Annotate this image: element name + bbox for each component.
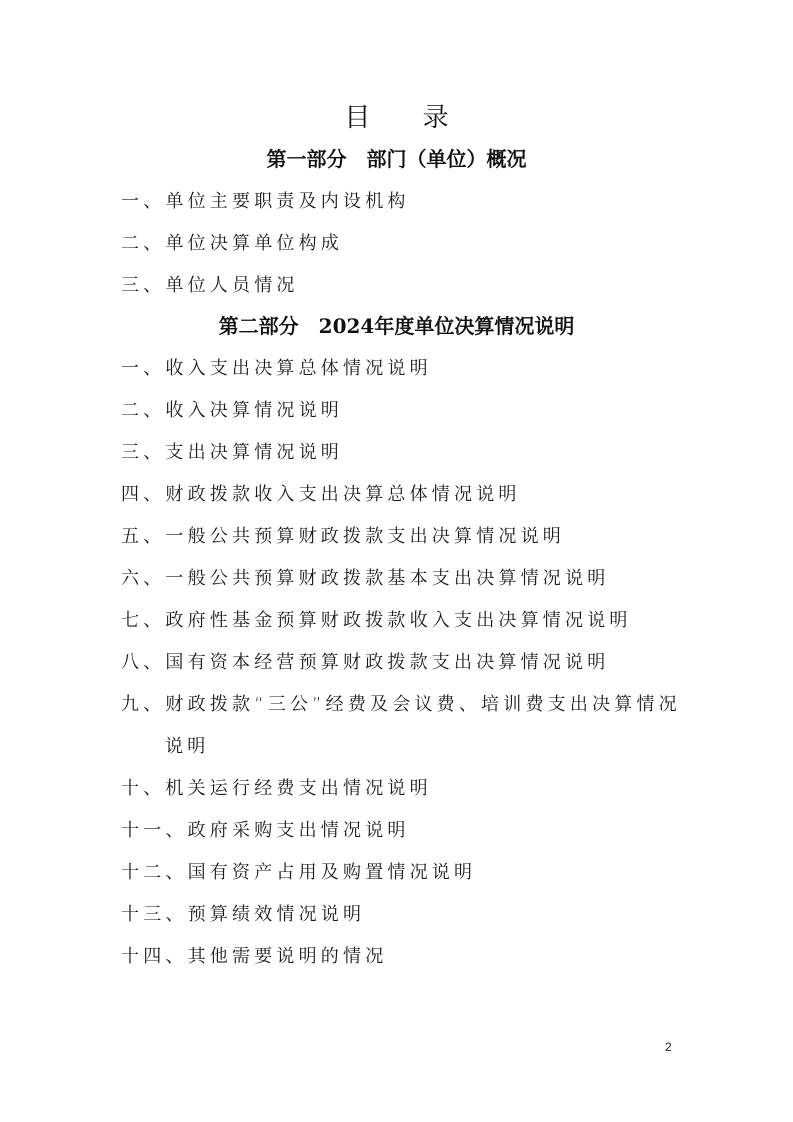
toc-item: 二、收入决算情况说明 — [121, 398, 343, 424]
part2-heading: 第二部分 2024年度单位决算情况说明 — [0, 312, 793, 340]
toc-item: 三、支出决算情况说明 — [121, 440, 343, 466]
toc-title: 目 录 — [0, 100, 793, 136]
toc-item: 十三、预算绩效情况说明 — [121, 902, 365, 928]
toc-item: 六、一般公共预算财政拨款基本支出决算情况说明 — [121, 566, 609, 592]
toc-item: 三、单位人员情况 — [121, 273, 299, 299]
toc-item: 二、单位决算单位构成 — [121, 231, 343, 257]
toc-item-continuation: 说明 — [165, 734, 209, 760]
toc-item: 十一、政府采购支出情况说明 — [121, 818, 410, 844]
toc-item: 五、一般公共预算财政拨款支出决算情况说明 — [121, 524, 565, 550]
toc-item: 十、机关运行经费支出情况说明 — [121, 776, 432, 802]
toc-item: 十四、其他需要说明的情况 — [121, 944, 387, 970]
toc-item: 十二、国有资产占用及购置情况说明 — [121, 860, 476, 886]
toc-item: 七、政府性基金预算财政拨款收入支出决算情况说明 — [121, 608, 632, 634]
toc-item: 一、收入支出决算总体情况说明 — [121, 356, 432, 382]
toc-item: 一、单位主要职责及内设机构 — [121, 189, 410, 215]
document-page: 目 录 第一部分 部门（单位）概况 一、单位主要职责及内设机构 二、单位决算单位… — [0, 0, 793, 1122]
toc-item: 四、财政拨款收入支出决算总体情况说明 — [121, 482, 521, 508]
part1-heading: 第一部分 部门（单位）概况 — [0, 145, 793, 173]
toc-item: 九、财政拨款“三公”经费及会议费、培训费支出决算情况 — [121, 692, 681, 718]
toc-item: 八、国有资本经营预算财政拨款支出决算情况说明 — [121, 650, 609, 676]
page-number: 2 — [665, 1040, 672, 1054]
